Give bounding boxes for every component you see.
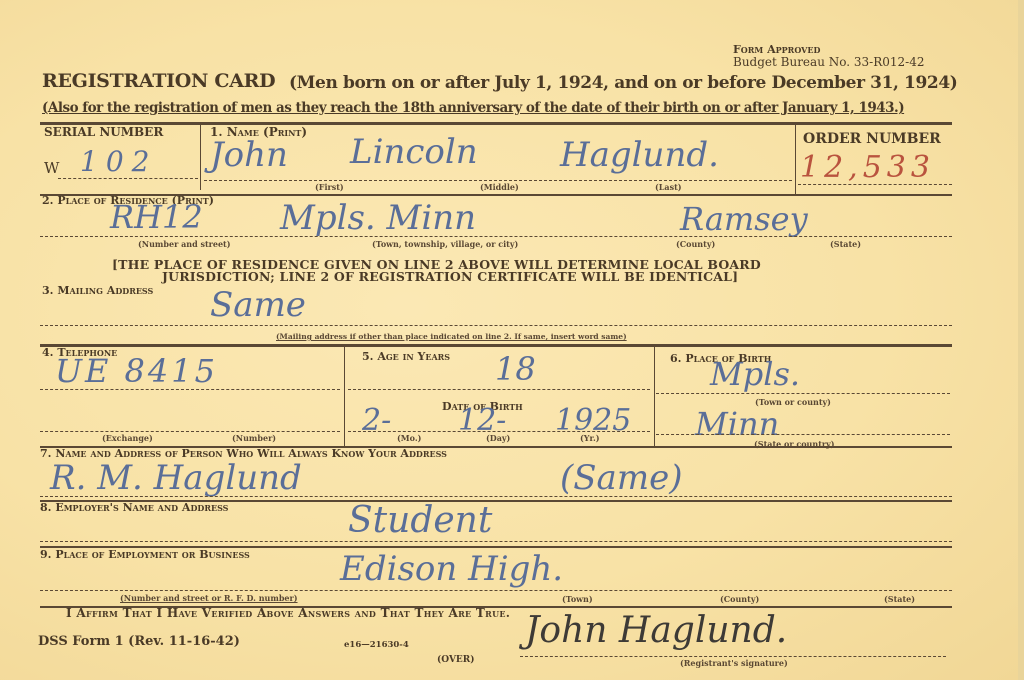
employment-line (40, 590, 952, 591)
birthplace-town-value: Mpls. (710, 355, 800, 393)
dob-line (348, 431, 650, 432)
residence-line (40, 236, 952, 237)
mailing-address-value: Same (210, 285, 306, 325)
contact-name-value: R. M. Haglund (50, 458, 302, 498)
order-number-value: 12,533 (800, 150, 935, 185)
age-value: 18 (495, 350, 536, 388)
birthplace-line-2 (656, 434, 950, 435)
divider (654, 346, 655, 446)
form-id: DSS Form 1 (Rev. 11-16-42) (38, 634, 240, 649)
caption-street: (Number and street) (138, 239, 231, 249)
birthplace-state-value: Minn (695, 405, 779, 443)
order-line (798, 184, 952, 185)
caption-first: (First) (315, 182, 344, 192)
first-name-value: John (210, 135, 288, 175)
middle-name-value: Lincoln (350, 132, 478, 172)
card-title-range: (Men born on or after July 1, 1924, and … (289, 73, 957, 93)
registration-card: Form Approved Budget Bureau No. 33-R012-… (0, 0, 1024, 680)
caption-county: (County) (720, 594, 759, 604)
name-line (204, 180, 792, 181)
serial-prefix: W (44, 159, 59, 177)
serial-number-label: SERIAL NUMBER (44, 125, 163, 139)
caption-street-rfd: (Number and street or R. F. D. number) (120, 593, 298, 603)
residence-notice-line2: JURISDICTION; LINE 2 OF REGISTRATION CER… (162, 269, 738, 284)
employer-line (40, 541, 952, 542)
divider (795, 124, 796, 194)
mailing-caption: (Mailing address if other than place ind… (276, 332, 627, 341)
registrant-signature: John Haglund. (525, 610, 787, 651)
caption-town: (Town, township, village, or city) (372, 239, 518, 249)
caption-town: (Town) (562, 594, 593, 604)
last-name-value: Haglund. (560, 135, 719, 175)
caption-last: (Last) (655, 182, 682, 192)
telephone-value: UE 8415 (55, 352, 218, 390)
card-subtitle: (Also for the registration of men as the… (42, 100, 904, 116)
over-indicator: (OVER) (437, 655, 475, 665)
caption-state: (State) (884, 594, 915, 604)
budget-bureau: Budget Bureau No. 33-R012-42 (733, 55, 924, 69)
serial-line (58, 178, 198, 179)
residence-county-value: Ramsey (680, 200, 808, 238)
caption-month: (Mo.) (397, 433, 421, 443)
telephone-line (40, 389, 340, 390)
contact-line (40, 496, 952, 497)
age-line (348, 389, 650, 390)
divider (200, 124, 201, 190)
divider (344, 346, 345, 446)
caption-middle: (Middle) (480, 182, 519, 192)
mailing-line (40, 325, 952, 326)
residence-town-value: Mpls. Minn (280, 198, 476, 238)
birthplace-line (656, 393, 950, 394)
employment-place-label: 9. Place of Employment or Business (40, 548, 250, 561)
employment-place-value: Edison High. (340, 549, 563, 589)
signature-line (520, 656, 946, 657)
caption-signature: (Registrant's signature) (680, 658, 788, 668)
employer-value: Student (348, 500, 492, 541)
serial-number-value: 102 (80, 145, 157, 178)
employer-label: 8. Employer's Name and Address (40, 501, 228, 514)
mailing-address-label: 3. Mailing Address (42, 284, 153, 297)
residence-street-value: RH12 (110, 198, 203, 236)
contact-address-value: (Same) (560, 458, 682, 498)
order-number-label: ORDER NUMBER (803, 131, 941, 147)
caption-state: (State) (830, 239, 861, 249)
divider (40, 122, 952, 125)
caption-county: (County) (676, 239, 715, 249)
caption-year: (Yr.) (580, 433, 600, 443)
card-title: REGISTRATION CARD (42, 70, 275, 92)
telephone-line-2 (40, 431, 340, 432)
caption-exchange: (Exchange) (102, 433, 153, 443)
affirmation-text: I Affirm That I Have Verified Above Answ… (66, 606, 510, 620)
print-code: e16—21630-4 (344, 640, 409, 650)
dob-month: 2- (362, 403, 391, 438)
divider (40, 344, 952, 347)
caption-number: (Number) (232, 433, 276, 443)
age-label: 5. Age in Years (362, 350, 450, 363)
caption-day: (Day) (486, 433, 510, 443)
